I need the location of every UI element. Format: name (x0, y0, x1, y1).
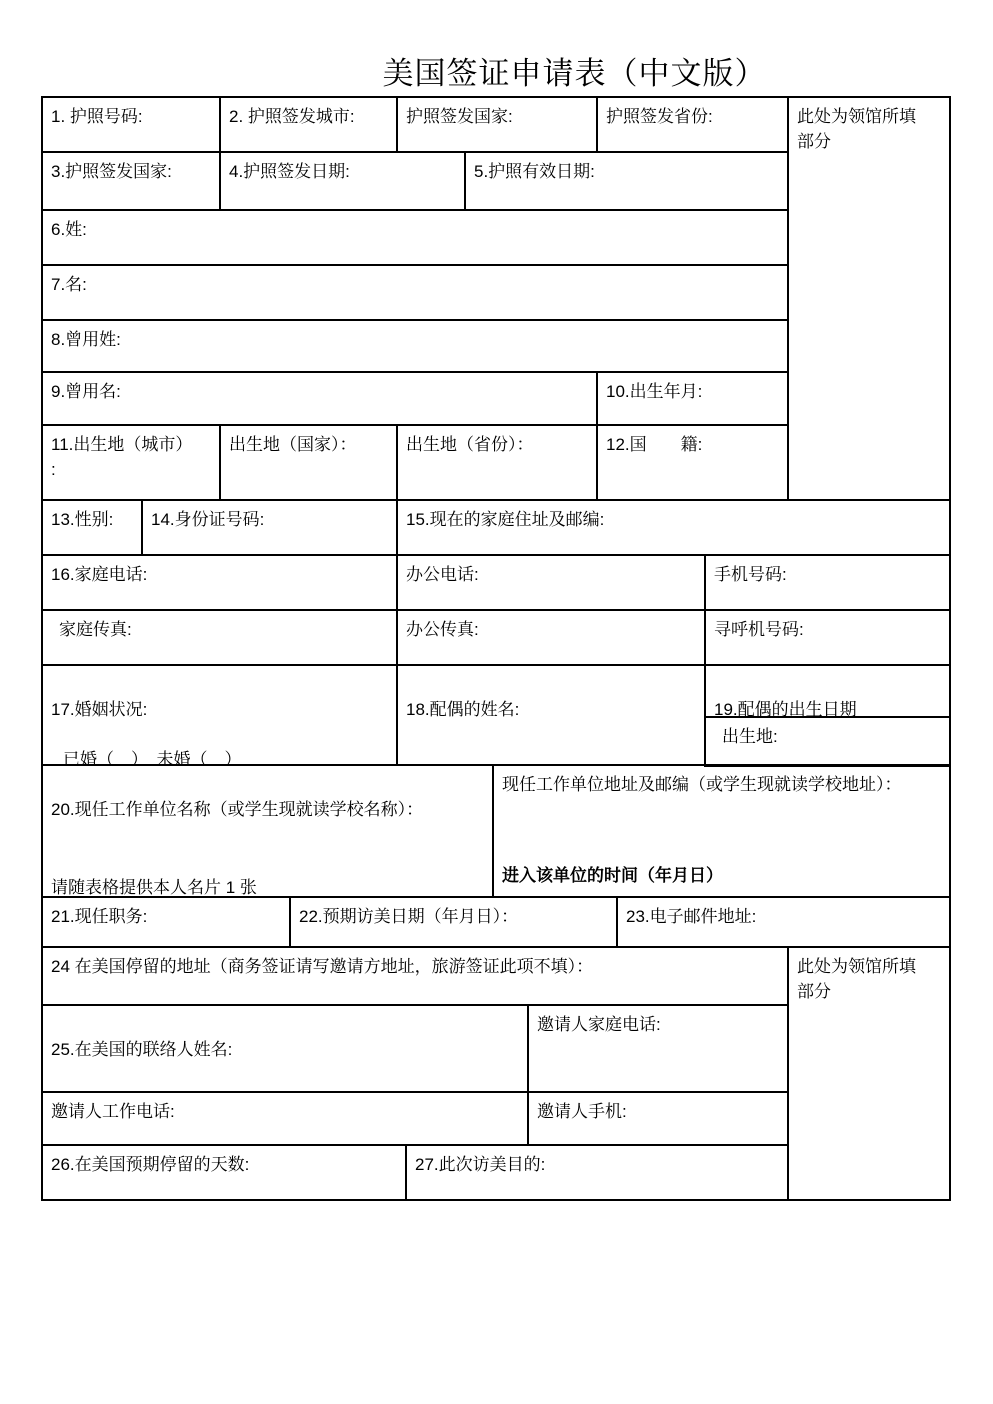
field-nationality: 12.国 籍: (596, 424, 789, 501)
employer-address-label: 现任工作单位地址及邮编（或学生现就读学校地址）： (502, 772, 943, 797)
field-employer-name: 20.现任工作单位名称（或学生现就读学校名称）： 请随表格提供本人名片 1 张 (41, 764, 494, 898)
field-expiry-date: 5.护照有效日期: (464, 151, 789, 211)
field-marital-status: 17.婚姻状况: 已婚（ ） 未婚（ ） 丧偶（ ）离异（ ）分居（ ） (41, 664, 398, 766)
field-former-surname: 8.曾用姓: (41, 319, 789, 373)
field-issue-country: 3.护照签发国家: (41, 151, 221, 211)
field-issue-province: 护照签发省份: (596, 96, 789, 153)
field-current-position: 21.现任职务: (41, 896, 291, 948)
field-spouse-name: 18.配偶的姓名: （已婚、离异、丧偶人员均要写） (396, 664, 706, 766)
field-issue-country-row1: 护照签发国家: (396, 96, 598, 153)
field-employer-address: 现任工作单位地址及邮编（或学生现就读学校地址）： 进入该单位的时间（年月日） (492, 764, 951, 898)
field-passport-number: 1. 护照号码: (41, 96, 221, 153)
field-home-phone: 16.家庭电话: (41, 554, 398, 611)
field-id-number: 14.身份证号码: (141, 499, 398, 556)
field-issue-city: 2. 护照签发城市: (219, 96, 398, 153)
field-us-stay-address: 24 在美国停留的地址（商务签证请写邀请方地址，旅游签证此项不填）： (41, 946, 789, 1006)
employment-start-label: 进入该单位的时间（年月日） (502, 863, 943, 892)
field-us-contact-name: 25.在美国的联络人姓名: （商务签证请写邀请人，旅游签证此项不填） (41, 1004, 529, 1093)
field-issue-date: 4.护照签发日期: (219, 151, 466, 211)
field-inviter-home-phone: 邀请人家庭电话: (527, 1004, 789, 1093)
field-stay-days: 26.在美国预期停留的天数: (41, 1144, 407, 1201)
field-former-given-name: 9.曾用名: (41, 371, 598, 426)
field-inviter-mobile: 邀请人手机: (527, 1091, 789, 1146)
field-spouse-birth-date: 19.配偶的出生日期 （年月日）： (704, 664, 951, 718)
spouse-name-label: 18.配偶的姓名: (406, 697, 698, 722)
page-title: 美国签证申请表（中文版） (78, 48, 993, 93)
field-home-fax: 家庭传真: (41, 609, 398, 666)
field-email: 23.电子邮件地址: (616, 896, 951, 948)
marital-status-title: 17.婚姻状况: (51, 697, 390, 722)
visa-application-page: 美国签证申请表（中文版） 1. 护照号码: 2. 护照签发城市: 护照签发国家:… (0, 0, 993, 1404)
field-office-fax: 办公传真: (396, 609, 706, 666)
employer-name-label: 20.现任工作单位名称（或学生现就读学校名称）： (51, 797, 486, 822)
consulate-use-box-bottom: 此处为领馆所填 部分 (787, 946, 951, 1201)
field-mobile-phone: 手机号码: (704, 554, 951, 611)
us-contact-name-label: 25.在美国的联络人姓名: (51, 1037, 521, 1062)
field-given-name: 7.名: (41, 264, 789, 321)
field-birth-city: 11.出生地（城市） : (41, 424, 221, 501)
field-home-address: 15.现在的家庭住址及邮编: (396, 499, 951, 556)
field-pager-number: 寻呼机号码: (704, 609, 951, 666)
field-birth-date: 10.出生年月: (596, 371, 789, 426)
field-inviter-work-phone: 邀请人工作电话: (41, 1091, 529, 1146)
field-birth-country: 出生地（国家）： (219, 424, 398, 501)
spouse-birth-date-line1: 19.配偶的出生日期 (714, 697, 943, 718)
field-intended-arrival: 22.预期访美日期（年月日）： (289, 896, 618, 948)
consulate-use-box-top: 此处为领馆所填 部分 (787, 96, 951, 501)
field-visit-purpose: 27.此次访美目的: (405, 1144, 789, 1201)
business-card-note: 请随表格提供本人名片 1 张 (51, 875, 486, 898)
field-birth-province: 出生地（省份）： (396, 424, 598, 501)
field-spouse-birth-place: 出生地: (704, 716, 951, 767)
field-office-phone: 办公电话: (396, 554, 706, 611)
field-surname: 6.姓: (41, 209, 789, 266)
field-gender: 13.性别: (41, 499, 143, 556)
